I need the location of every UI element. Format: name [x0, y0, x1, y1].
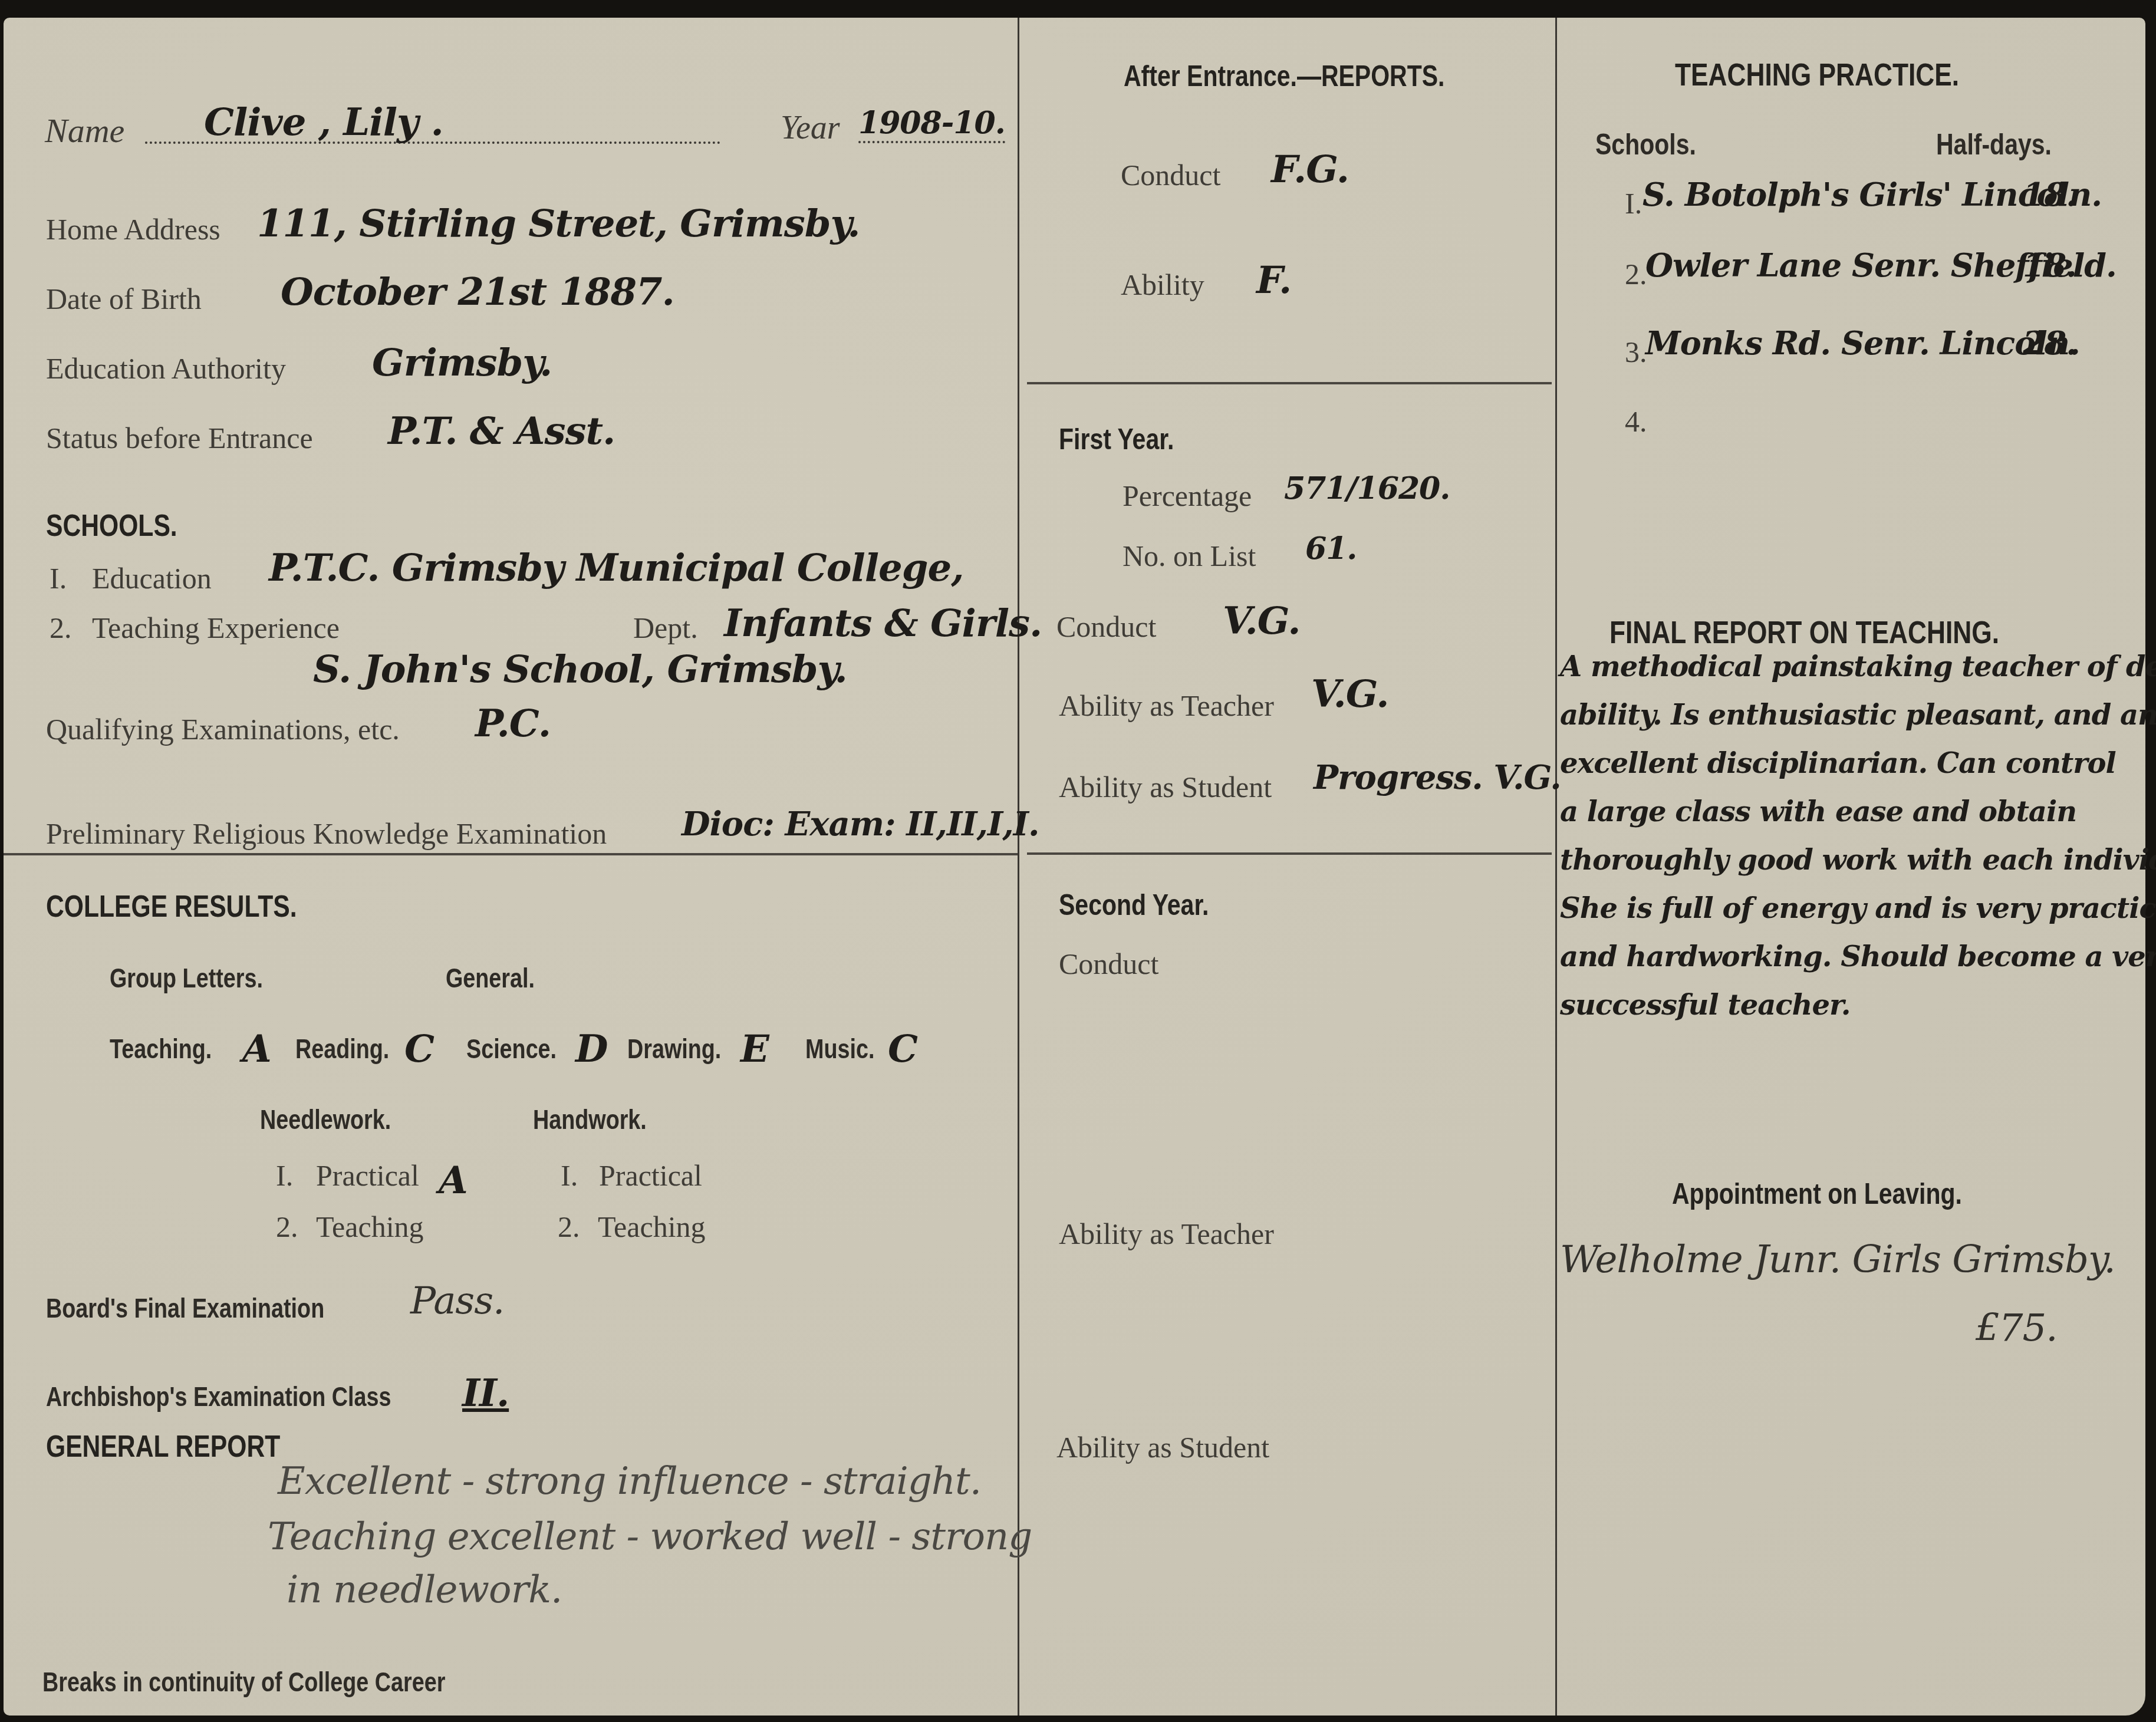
- teaching-practice-heading: TEACHING PRACTICE.: [1675, 57, 1959, 93]
- first-year-heading: First Year.: [1059, 422, 1174, 456]
- ae-ability-value[interactable]: F.: [1256, 258, 1291, 302]
- qualifying-label: Qualifying Examinations, etc.: [46, 712, 400, 746]
- education-value[interactable]: P.T.C. Grimsby Municipal College,: [269, 546, 964, 590]
- archbishop-label: Archbishop's Examination Class: [46, 1381, 391, 1412]
- needlework-practical-value[interactable]: A: [439, 1158, 468, 1203]
- practice-num-3: 3.: [1625, 335, 1647, 369]
- grade-science-label: Science.: [466, 1033, 557, 1065]
- practice-halfdays-3[interactable]: 28.: [2023, 324, 2076, 362]
- college-results-heading: COLLEGE RESULTS.: [46, 889, 297, 924]
- fy-ability-student-value[interactable]: Progress. V.G.: [1314, 758, 1561, 797]
- half-days-column-label: Half-days.: [1936, 127, 2052, 162]
- status-label: Status before Entrance: [46, 421, 313, 455]
- sy-ability-teacher-label: Ability as Teacher: [1059, 1217, 1274, 1251]
- fy-ability-teacher-label: Ability as Teacher: [1059, 689, 1274, 723]
- handwork-practical-label: Practical: [599, 1158, 702, 1193]
- needlework-label: Needlework.: [260, 1104, 391, 1135]
- grade-drawing-label: Drawing.: [627, 1033, 721, 1065]
- general-label: General.: [446, 962, 535, 994]
- appointment-heading: Appointment on Leaving.: [1672, 1177, 1962, 1211]
- final-report-line: excellent disciplinarian. Can control: [1560, 739, 2150, 788]
- fy-conduct-value[interactable]: V.G.: [1223, 599, 1300, 643]
- final-report-text[interactable]: A methodical painstaking teacher of deci…: [1560, 643, 2150, 1029]
- ae-conduct-label: Conduct: [1121, 158, 1220, 192]
- dept-label: Dept.: [633, 611, 698, 645]
- needlework-teaching-num: 2.: [276, 1210, 298, 1244]
- boards-final-label: Board's Final Examination: [46, 1292, 324, 1324]
- dob-value[interactable]: October 21st 1887.: [281, 270, 674, 314]
- general-report-line-2[interactable]: Teaching excellent - worked well - stron…: [268, 1515, 1032, 1559]
- fy-ability-teacher-value[interactable]: V.G.: [1311, 672, 1388, 716]
- dob-label: Date of Birth: [46, 282, 202, 316]
- status-value[interactable]: P.T. & Asst.: [388, 409, 615, 453]
- ae-conduct-value[interactable]: F.G.: [1271, 147, 1349, 192]
- after-entrance-heading: After Entrance.—REPORTS.: [1124, 59, 1444, 93]
- education-authority-label: Education Authority: [46, 351, 286, 386]
- grade-teaching-value[interactable]: A: [242, 1027, 271, 1071]
- general-report-heading: GENERAL REPORT: [46, 1429, 280, 1464]
- general-report-line-3[interactable]: in needlework.: [287, 1568, 562, 1612]
- schools-heading: SCHOOLS.: [46, 508, 177, 544]
- record-card: Name Clive , Lily . Year 1908-10. Home A…: [4, 18, 2145, 1716]
- percentage-value[interactable]: 571/1620.: [1284, 470, 1450, 506]
- rule-middle-first-year: [1027, 382, 1552, 384]
- final-report-line: She is full of energy and is very practi…: [1560, 884, 2150, 933]
- breaks-label: Breaks in continuity of College Career: [42, 1666, 445, 1698]
- grade-teaching-label: Teaching.: [110, 1033, 212, 1065]
- rule-middle-second-year: [1027, 852, 1552, 855]
- handwork-label: Handwork.: [533, 1104, 647, 1135]
- appointment-value[interactable]: Welholme Junr. Girls Grimsby.: [1560, 1238, 2115, 1282]
- education-label: Education: [92, 561, 212, 595]
- divider-left-middle: [1018, 18, 1019, 1716]
- home-address-label: Home Address: [46, 212, 220, 246]
- second-year-heading: Second Year.: [1059, 888, 1209, 922]
- no-on-list-value[interactable]: 61.: [1305, 531, 1357, 567]
- final-report-line: successful teacher.: [1560, 981, 2150, 1029]
- final-report-line: thoroughly good work with each individua…: [1560, 836, 2150, 884]
- fy-conduct-label: Conduct: [1056, 610, 1156, 644]
- qualifying-value[interactable]: P.C.: [475, 702, 551, 746]
- grade-music-value[interactable]: C: [888, 1027, 917, 1071]
- rule-left-results: [4, 853, 1018, 855]
- general-report-line-1[interactable]: Excellent - strong influence - straight.: [278, 1460, 981, 1503]
- final-report-line: and hardworking. Should become a very: [1560, 933, 2150, 981]
- needlework-practical-label: Practical: [316, 1158, 419, 1193]
- final-report-line: ability. Is enthusiastic pleasant, and a…: [1560, 691, 2150, 739]
- fy-ability-student-label: Ability as Student: [1059, 770, 1272, 804]
- grade-music-label: Music.: [805, 1033, 874, 1065]
- religious-label: Preliminary Religious Knowledge Examinat…: [46, 816, 607, 851]
- archbishop-value[interactable]: II.: [462, 1371, 509, 1415]
- grade-reading-value[interactable]: C: [404, 1027, 434, 1071]
- teaching-exp-value[interactable]: S. John's School, Grimsby.: [313, 647, 847, 692]
- grade-science-value[interactable]: D: [575, 1027, 608, 1071]
- final-report-line: A methodical painstaking teacher of deci…: [1560, 643, 2150, 691]
- practice-halfdays-2[interactable]: 18.: [2023, 246, 2076, 284]
- practice-num-4: 4.: [1625, 404, 1647, 439]
- salary-value[interactable]: £75.: [1976, 1306, 2058, 1350]
- sy-conduct-label: Conduct: [1059, 947, 1158, 981]
- education-num: I.: [50, 561, 67, 595]
- schools-column-label: Schools.: [1595, 127, 1696, 162]
- religious-value[interactable]: Dioc: Exam: II,II,I,I.: [682, 805, 1039, 844]
- ae-ability-label: Ability: [1121, 268, 1204, 302]
- handwork-practical-num: I.: [561, 1158, 578, 1193]
- needlework-teaching-label: Teaching: [316, 1210, 424, 1244]
- practice-school-3[interactable]: Monks Rd. Senr. Lincoln.: [1645, 324, 2080, 362]
- teaching-exp-label: Teaching Experience: [92, 611, 340, 645]
- handwork-teaching-label: Teaching: [598, 1210, 706, 1244]
- sy-ability-student-label: Ability as Student: [1056, 1430, 1269, 1464]
- name-value[interactable]: Clive , Lily .: [204, 100, 443, 144]
- handwork-teaching-num: 2.: [558, 1210, 580, 1244]
- boards-final-value[interactable]: Pass.: [410, 1279, 504, 1323]
- education-authority-value[interactable]: Grimsby.: [372, 341, 552, 385]
- name-label: Name: [45, 111, 124, 150]
- grade-reading-label: Reading.: [295, 1033, 389, 1065]
- practice-num-2: 2.: [1625, 257, 1647, 291]
- dept-value[interactable]: Infants & Girls.: [724, 601, 1042, 646]
- practice-halfdays-1[interactable]: 18.: [2023, 176, 2076, 213]
- divider-middle-right: [1555, 18, 1557, 1716]
- percentage-label: Percentage: [1123, 479, 1252, 513]
- practice-num-1: I.: [1625, 186, 1642, 220]
- practice-school-4[interactable]: [1654, 395, 1949, 430]
- no-on-list-label: No. on List: [1123, 539, 1256, 573]
- grade-drawing-value[interactable]: E: [740, 1027, 769, 1071]
- needlework-practical-num: I.: [276, 1158, 293, 1193]
- year-value[interactable]: 1908-10.: [858, 105, 1005, 143]
- group-letters-label: Group Letters.: [110, 962, 263, 994]
- teaching-exp-num: 2.: [50, 611, 72, 645]
- final-report-line: a large class with ease and obtain: [1560, 788, 2150, 836]
- year-label: Year: [781, 109, 840, 147]
- home-address-value[interactable]: 111, Stirling Street, Grimsby.: [257, 202, 860, 246]
